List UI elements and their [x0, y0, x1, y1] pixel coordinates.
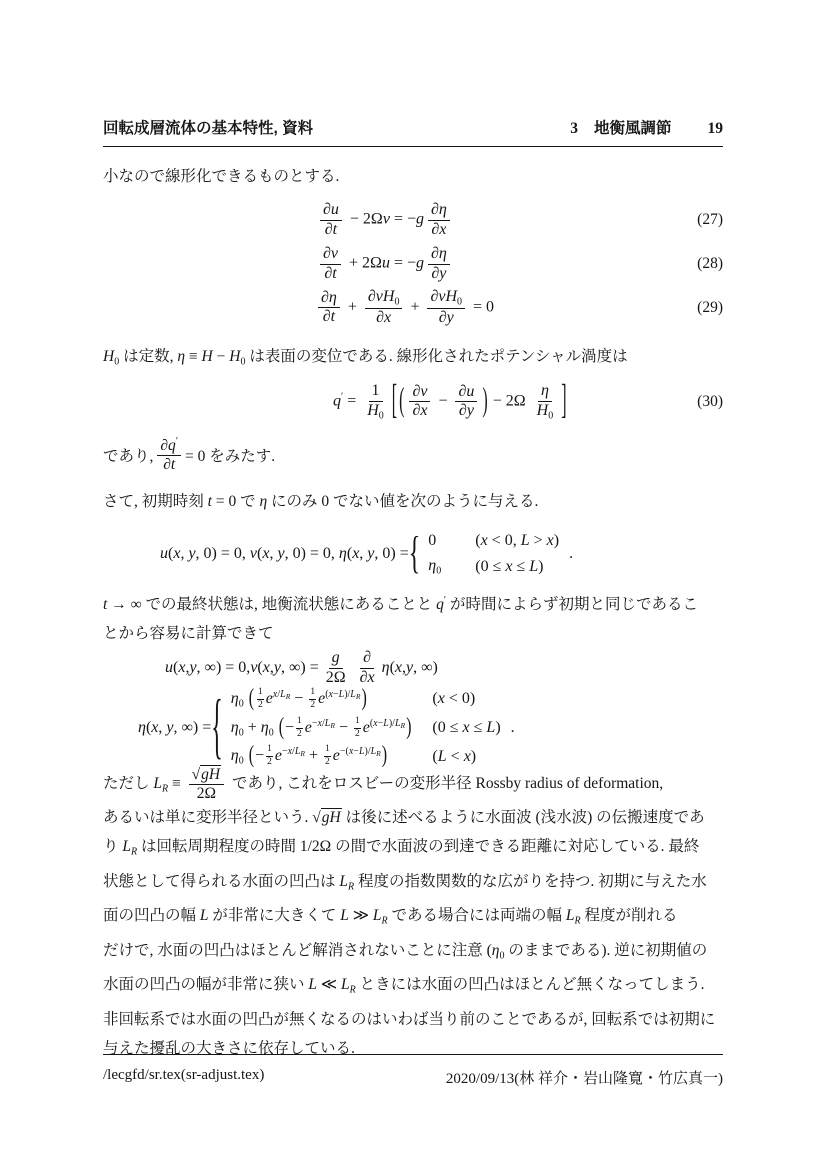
case-expression: η0: [428, 557, 441, 577]
footer-source-path: /lecgfd/sr.tex(sr-adjust.tex): [103, 1067, 264, 1088]
left-brace-glyph: {: [409, 531, 421, 577]
final-state-eta-equation: η(x, y, ∞) = { η0 (12ex/LR − 12e(x−L)/LR…: [103, 689, 723, 767]
rossby-line-6: だけで, 水面の凹凸はほとんど解消されないことに注意 (η0 のままである). …: [103, 936, 725, 971]
equation-27-formula: ∂u∂t − 2Ωv = −g∂η∂x: [316, 201, 454, 239]
rossby-line-8: 非回転系では水面の凹凸が無くなるのはいわば当り前のことであるが, 回転系では初期…: [103, 1005, 725, 1034]
initial-condition-lead: u(x, y, 0) = 0, v(x, y, 0) = 0, η(x, y, …: [160, 545, 409, 563]
case-expression: η0 + η0 (−12e−x/LR − 12e(x−L)/LR): [231, 716, 413, 741]
final-eta-lead: η(x, y, ∞) =: [138, 719, 211, 737]
header-section-number: 3: [570, 120, 578, 137]
rossby-line-2: あるいは単に変形半径という. √gH は後に述べるように水面波 (浅水波) の伝…: [103, 803, 725, 832]
shallow-water-equations-block: ∂u∂t − 2Ωv = −g∂η∂x (27) ∂v∂t + 2Ωu = −g…: [103, 198, 723, 330]
header-page-number: 19: [708, 120, 724, 137]
equation-28-number: (28): [697, 255, 723, 273]
initial-condition-equation: u(x, y, 0) = 0, v(x, y, 0) = 0, η(x, y, …: [103, 528, 723, 580]
case-expression: 0: [428, 532, 441, 550]
initial-condition-intro-sentence: さて, 初期時刻 t = 0 で η にのみ 0 でない値を次のように与える.: [103, 487, 723, 516]
final-state-paragraph: t → ∞ での最終状態は, 地衡流状態にあることと q′ が時間によらず初期と…: [103, 586, 723, 648]
rossby-line-4: 状態として得られる水面の凹凸は LR 程度の指数関数的な広がりを持つ. 初期に与…: [103, 867, 725, 902]
initial-condition-cases: { 0 (x < 0, L > x) η0 (0 ≤ x ≤ L): [409, 532, 559, 577]
case-expression: η0 (12ex/LR − 12e(x−L)/LR): [231, 687, 413, 712]
final-state-uv-equation: u(x, y, ∞) = 0, v(x, y, ∞) = g2Ω∂∂xη(x, …: [103, 647, 785, 689]
equation-30-formula: q′ = 1H0[(∂v∂x − ∂u∂y) − 2Ω ηH0]: [333, 382, 568, 421]
case-condition: (x < 0, L > x): [475, 532, 559, 550]
case-condition: (0 ≤ x ≤ L): [475, 558, 559, 576]
equation-30-row: q′ = 1H0[(∂v∂x − ∂u∂y) − 2Ω ηH0] (30): [103, 377, 723, 427]
footer-date-authors: 2020/09/13(林 祥介・岩山隆寛・竹広真一): [446, 1067, 723, 1088]
page-footer: /lecgfd/sr.tex(sr-adjust.tex) 2020/09/13…: [103, 1054, 723, 1088]
header-section-title: 地衡風調節: [594, 120, 672, 137]
equation-28-row: ∂v∂t + 2Ωu = −g∂η∂y (28): [103, 242, 723, 286]
surface-displacement-sentence: H0 は定数, η ≡ H − H0 は表面の変位である. 線形化されたポテンシ…: [103, 342, 723, 377]
rossby-line-5: 面の凹凸の幅 L が非常に大きくて L ≫ LR である場合には両端の幅 LR …: [103, 901, 725, 936]
equation-29-row: ∂η∂t + ∂vH0∂x + ∂vH0∂y = 0 (29): [103, 286, 723, 330]
final-state-line-2: とから容易に計算できて: [103, 619, 723, 648]
left-brace-glyph: {: [211, 691, 223, 764]
pv-conservation-sentence: であり, ∂q′∂t = 0 をみたす.: [103, 433, 723, 477]
final-state-line-1: t → ∞ での最終状態は, 地衡流状態にあることと q′ が時間によらず初期と…: [103, 586, 723, 619]
case-condition: (x < 0): [432, 690, 500, 708]
equation-29-number: (29): [697, 299, 723, 317]
header-section: 3地衡風調節19: [570, 116, 723, 138]
page-header: 回転成層流体の基本特性, 資料 3地衡風調節19: [103, 116, 723, 147]
case-condition: (L < x): [432, 748, 500, 766]
case-condition: (0 ≤ x ≤ L): [432, 719, 500, 737]
equation-period: .: [511, 719, 515, 737]
equation-27-row: ∂u∂t − 2Ωv = −g∂η∂x (27): [103, 198, 723, 242]
document-page: 回転成層流体の基本特性, 資料 3地衡風調節19 小なので線形化できるものとする…: [0, 0, 826, 1169]
rossby-line-3: り LR は回転周期程度の時間 1/2Ω の間で水面波の到達できる距離に対応して…: [103, 832, 725, 867]
rossby-line-7: 水面の凹凸の幅が非常に狭い L ≪ LR ときには水面の凹凸はほとんど無くなって…: [103, 970, 725, 1005]
final-eta-cases: { η0 (12ex/LR − 12e(x−L)/LR) (x < 0) η0 …: [211, 687, 500, 769]
equation-27-number: (27): [697, 211, 723, 229]
equation-period: .: [569, 545, 573, 563]
intro-sentence: 小なので線形化できるものとする.: [103, 162, 723, 191]
rossby-radius-paragraph: ただし LR ≡ √gH2Ω であり, これをロスビーの変形半径 Rossby …: [103, 766, 725, 1063]
equation-29-formula: ∂η∂t + ∂vH0∂x + ∂vH0∂y = 0: [314, 288, 494, 327]
rossby-line-1: ただし LR ≡ √gH2Ω であり, これをロスビーの変形半径 Rossby …: [103, 766, 725, 803]
equation-28-formula: ∂v∂t + 2Ωu = −g∂η∂y: [316, 245, 454, 283]
equation-30-number: (30): [697, 393, 723, 411]
header-running-title: 回転成層流体の基本特性, 資料: [103, 116, 313, 138]
